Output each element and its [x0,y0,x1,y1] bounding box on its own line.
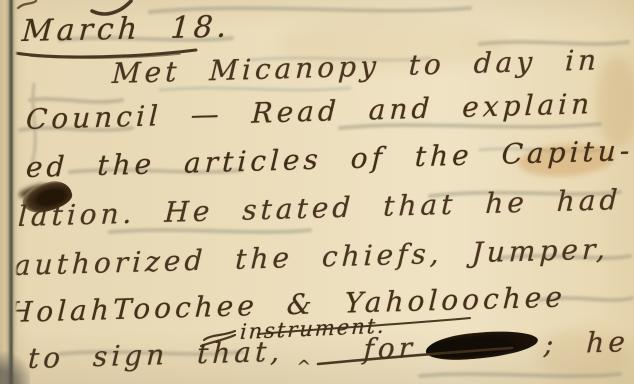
page-corner-shadow [0,350,30,384]
page-binding-edge [0,0,18,384]
journal-page: March 18. Met Micanopy to day in Council… [0,0,634,384]
ink-flourishes [0,0,634,384]
